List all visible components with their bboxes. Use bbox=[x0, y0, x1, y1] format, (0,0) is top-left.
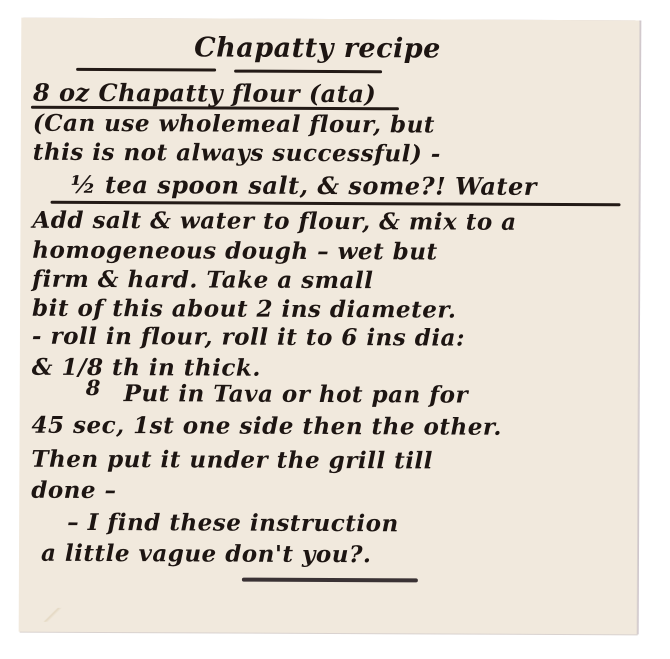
method-line: Put in Tava or hot pan for bbox=[124, 380, 469, 409]
note-line: (Can use wholemeal flour, but bbox=[33, 110, 435, 139]
recipe-note-paper: Chapatty recipe 8 oz Chapatty flour (ata… bbox=[19, 18, 640, 635]
method-line: Add salt & water to flour, & mix to a bbox=[32, 207, 516, 236]
method-line: Then put it under the grill till bbox=[31, 446, 433, 475]
method-line: homogeneous dough – wet but bbox=[32, 237, 437, 266]
method-line: & 1/8 th in thick. bbox=[32, 354, 261, 382]
ingredient-flour: 8 oz Chapatty flour (ata) bbox=[33, 78, 376, 108]
method-line: firm & hard. Take a small bbox=[32, 266, 373, 294]
title-underline-left bbox=[76, 68, 216, 72]
method-line: 45 sec, 1st one side then the other. bbox=[32, 412, 502, 441]
comment-line: – I find these instruction bbox=[67, 509, 399, 537]
salt-underline bbox=[51, 201, 621, 206]
method-line: done – bbox=[31, 477, 116, 504]
method-line: bit of this about 2 ins diameter. bbox=[32, 295, 456, 324]
ingredient-salt-water: ½ tea spoon salt, & some?! Water bbox=[71, 170, 537, 201]
comment-line: a little vague don't you?. bbox=[41, 540, 372, 568]
method-line: - roll in flour, roll it to 6 ins dia: bbox=[32, 323, 465, 352]
fraction-denominator: 8 bbox=[86, 375, 101, 400]
recipe-title: Chapatty recipe bbox=[194, 32, 441, 64]
closing-rule bbox=[242, 578, 418, 583]
title-underline-right bbox=[234, 70, 382, 74]
note-line: this is not always successful) - bbox=[33, 139, 441, 168]
